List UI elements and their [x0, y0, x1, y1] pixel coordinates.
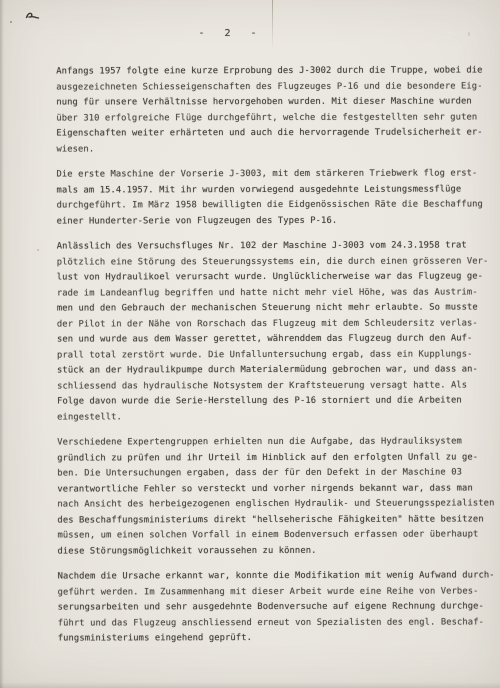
ink-speck: [10, 21, 12, 23]
text-line: gründlich zu prüfen und ihr Urteil im Hi…: [57, 450, 481, 467]
ink-speck: [468, 32, 470, 36]
text-line: plötzlich eine Störung des Steuerungssys…: [57, 254, 481, 271]
text-line: einer Hunderter-Serie von Flugzeugen des…: [57, 213, 481, 230]
text-line: Nachdem die Ursache erkannt war, konnte …: [58, 568, 482, 585]
text-line: eingestellt.: [57, 409, 481, 426]
paragraph: Anlässlich des Versuchsfluges Nr. 102 de…: [57, 238, 481, 425]
text-line: Die erste Maschine der Vorserie J-3003, …: [56, 166, 480, 183]
text-line: ben. Die Untersuchungen ergaben, dass de…: [57, 465, 481, 482]
paragraph: Verschiedene Expertengruppen erhielten n…: [57, 434, 481, 559]
paper-crease: [272, 0, 273, 50]
text-line: führt und das Flugzeug anschliessend ern…: [58, 615, 482, 632]
text-line: nung für unsere Verhältnisse hervorgehob…: [56, 94, 480, 111]
text-line: müssen, um einen solchen Vorfall in eine…: [57, 527, 481, 544]
page-number: - 2 -: [0, 28, 462, 39]
text-line: über 310 erfolgreiche Flüge durchgeführt…: [56, 110, 480, 127]
handwritten-pen-mark: [25, 9, 41, 21]
text-line: Verschiedene Expertengruppen erhielten n…: [57, 434, 481, 451]
text-line: Anlässlich des Versuchsfluges Nr. 102 de…: [57, 238, 481, 255]
text-line: stück an der Hydraulikpumpe durch Materi…: [57, 362, 481, 379]
text-line: mals am 15.4.1957. Mit ihr wurden vorwie…: [57, 182, 481, 199]
text-line: durchgeführt. Im März 1958 bewilligten d…: [57, 197, 481, 214]
paragraph: Anfangs 1957 folgte eine kurze Erprobung…: [56, 63, 480, 157]
text-line: sen und wurde aus dem Wasser gerettet, w…: [57, 331, 481, 348]
text-line: lust von Hydraulikoel verursacht wurde. …: [57, 269, 481, 286]
text-line: geführt werden. Im Zusammenhang mit dies…: [58, 584, 482, 601]
text-line: Eigenschaften weiter erhärteten und auch…: [56, 125, 480, 142]
text-line: Folge davon wurde die Serie-Herstellung …: [57, 393, 481, 410]
text-line: verantwortliche Fehler so versteckt und …: [57, 481, 481, 498]
ink-speck: [37, 249, 39, 251]
paragraph: Die erste Maschine der Vorserie J-3003, …: [56, 166, 480, 229]
scanned-document-page: - 2 - Anfangs 1957 folgte eine kurze Erp…: [0, 0, 500, 688]
text-line: diese Störungsmöglichkeit voraussehen zu…: [57, 543, 481, 560]
text-line: serungsarbeiten und sehr ausgedehnte Bod…: [58, 599, 482, 616]
text-line: fungsministeriums eingehend geprüft.: [58, 630, 482, 647]
text-line: wiesen.: [56, 141, 480, 158]
text-line: prall total zerstört wurde. Die Unfallun…: [57, 347, 481, 364]
text-line: nach Ansicht des herbeigezogenen englisc…: [57, 496, 481, 513]
text-line: ausgezeichneten Schiesseigenschaften des…: [56, 79, 480, 96]
text-line: schliessend das hydraulische Notsystem d…: [57, 378, 481, 395]
document-body: Anfangs 1957 folgte eine kurze Erprobung…: [56, 63, 482, 657]
text-line: der Pilot in der Nähe von Rorschach das …: [57, 316, 481, 333]
text-line: des Beschaffungsministeriums direkt "hel…: [57, 512, 481, 529]
text-line: men und den Gebrauch der mechanischen St…: [57, 300, 481, 317]
text-line: Anfangs 1957 folgte eine kurze Erprobung…: [56, 63, 480, 80]
text-line: rade im Landeanflug begriffen und hatte …: [57, 285, 481, 302]
paragraph: Nachdem die Ursache erkannt war, konnte …: [58, 568, 482, 647]
